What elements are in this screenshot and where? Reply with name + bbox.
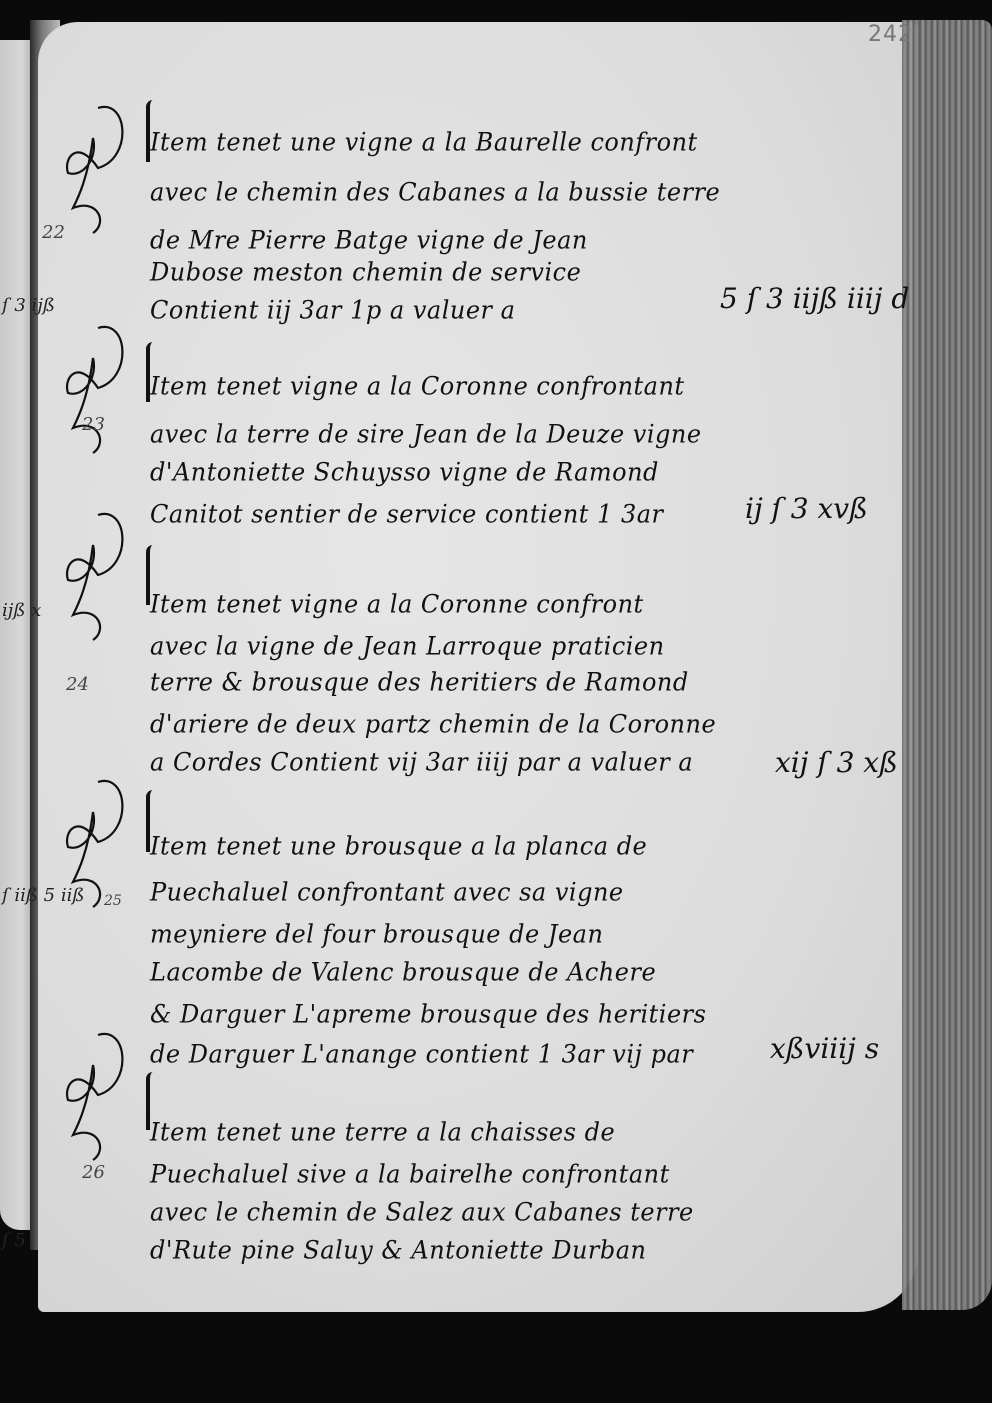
text-line: Puechaluel confrontant avec sa vigne [150, 877, 624, 906]
paraph-mark-icon [58, 505, 128, 645]
entry-sum: 5 ſ 3 iijß iiij d [720, 282, 909, 315]
text-line: Contient iij 3ar 1p a valuer a [150, 295, 515, 324]
text-line: avec la terre de sire Jean de la Deuze v… [150, 419, 702, 448]
text-line: de Mre Pierre Batge vigne de Jean [150, 225, 588, 254]
entry-number: 26 [82, 1162, 105, 1183]
paraph-mark-icon [58, 318, 128, 458]
page-edges [902, 20, 992, 1310]
entry-number: 22 [42, 222, 65, 243]
text-line: de Darguer L'anange contient 1 3ar vij p… [150, 1039, 693, 1068]
text-line: Item tenet vigne a la Coronne confrontan… [150, 371, 685, 400]
text-line: meyniere del four brousque de Jean [150, 919, 603, 948]
text-line: avec le chemin de Salez aux Cabanes terr… [150, 1197, 694, 1226]
left-page-note: ijß x [2, 600, 41, 621]
text-line: Item tenet une brousque a la planca de [150, 831, 647, 860]
entry-number: 24 [66, 674, 89, 695]
paraph-mark-icon [58, 98, 128, 238]
text-line: Item tenet une terre a la chaisses de [150, 1117, 615, 1146]
left-page-note: ſ 5 [2, 1230, 26, 1251]
folio-number: 242 [868, 22, 913, 47]
text-line: a Cordes Contient vij 3ar iiij par a val… [150, 747, 693, 776]
text-line: Canitot sentier de service contient 1 3a… [150, 499, 664, 528]
text-line: Item tenet une vigne a la Baurelle confr… [150, 127, 698, 156]
entry-sum: xßviiij s [770, 1032, 879, 1065]
left-page-note: ſ 3 ijß [2, 295, 55, 316]
text-line: terre & brousque des heritiers de Ramond [150, 667, 689, 696]
text-line: Dubose meston chemin de service [150, 257, 581, 286]
entry-sum: xij ſ 3 xß [775, 746, 898, 779]
text-line: d'ariere de deux partz chemin de la Coro… [150, 709, 716, 738]
text-line: Item tenet vigne a la Coronne confront [150, 589, 644, 618]
text-line: d'Antoniette Schuysso vigne de Ramond [150, 457, 659, 486]
text-line: avec le chemin des Cabanes a la bussie t… [150, 177, 720, 206]
text-line: & Darguer L'apreme brousque des heritier… [150, 999, 706, 1028]
text-line: Puechaluel sive a la bairelhe confrontan… [150, 1159, 670, 1188]
entry-sum: ij ſ 3 xvß [745, 492, 868, 525]
text-line: avec la vigne de Jean Larroque praticien [150, 631, 665, 660]
entry-number: 23 [82, 414, 105, 435]
text-line: d'Rute pine Saluy & Antoniette Durban [150, 1235, 647, 1264]
text-line: Lacombe de Valenc brousque de Achere [150, 957, 656, 986]
entry-number: 25 [104, 893, 122, 909]
paraph-mark-icon [58, 1025, 128, 1165]
paraph-mark-icon [58, 772, 128, 912]
